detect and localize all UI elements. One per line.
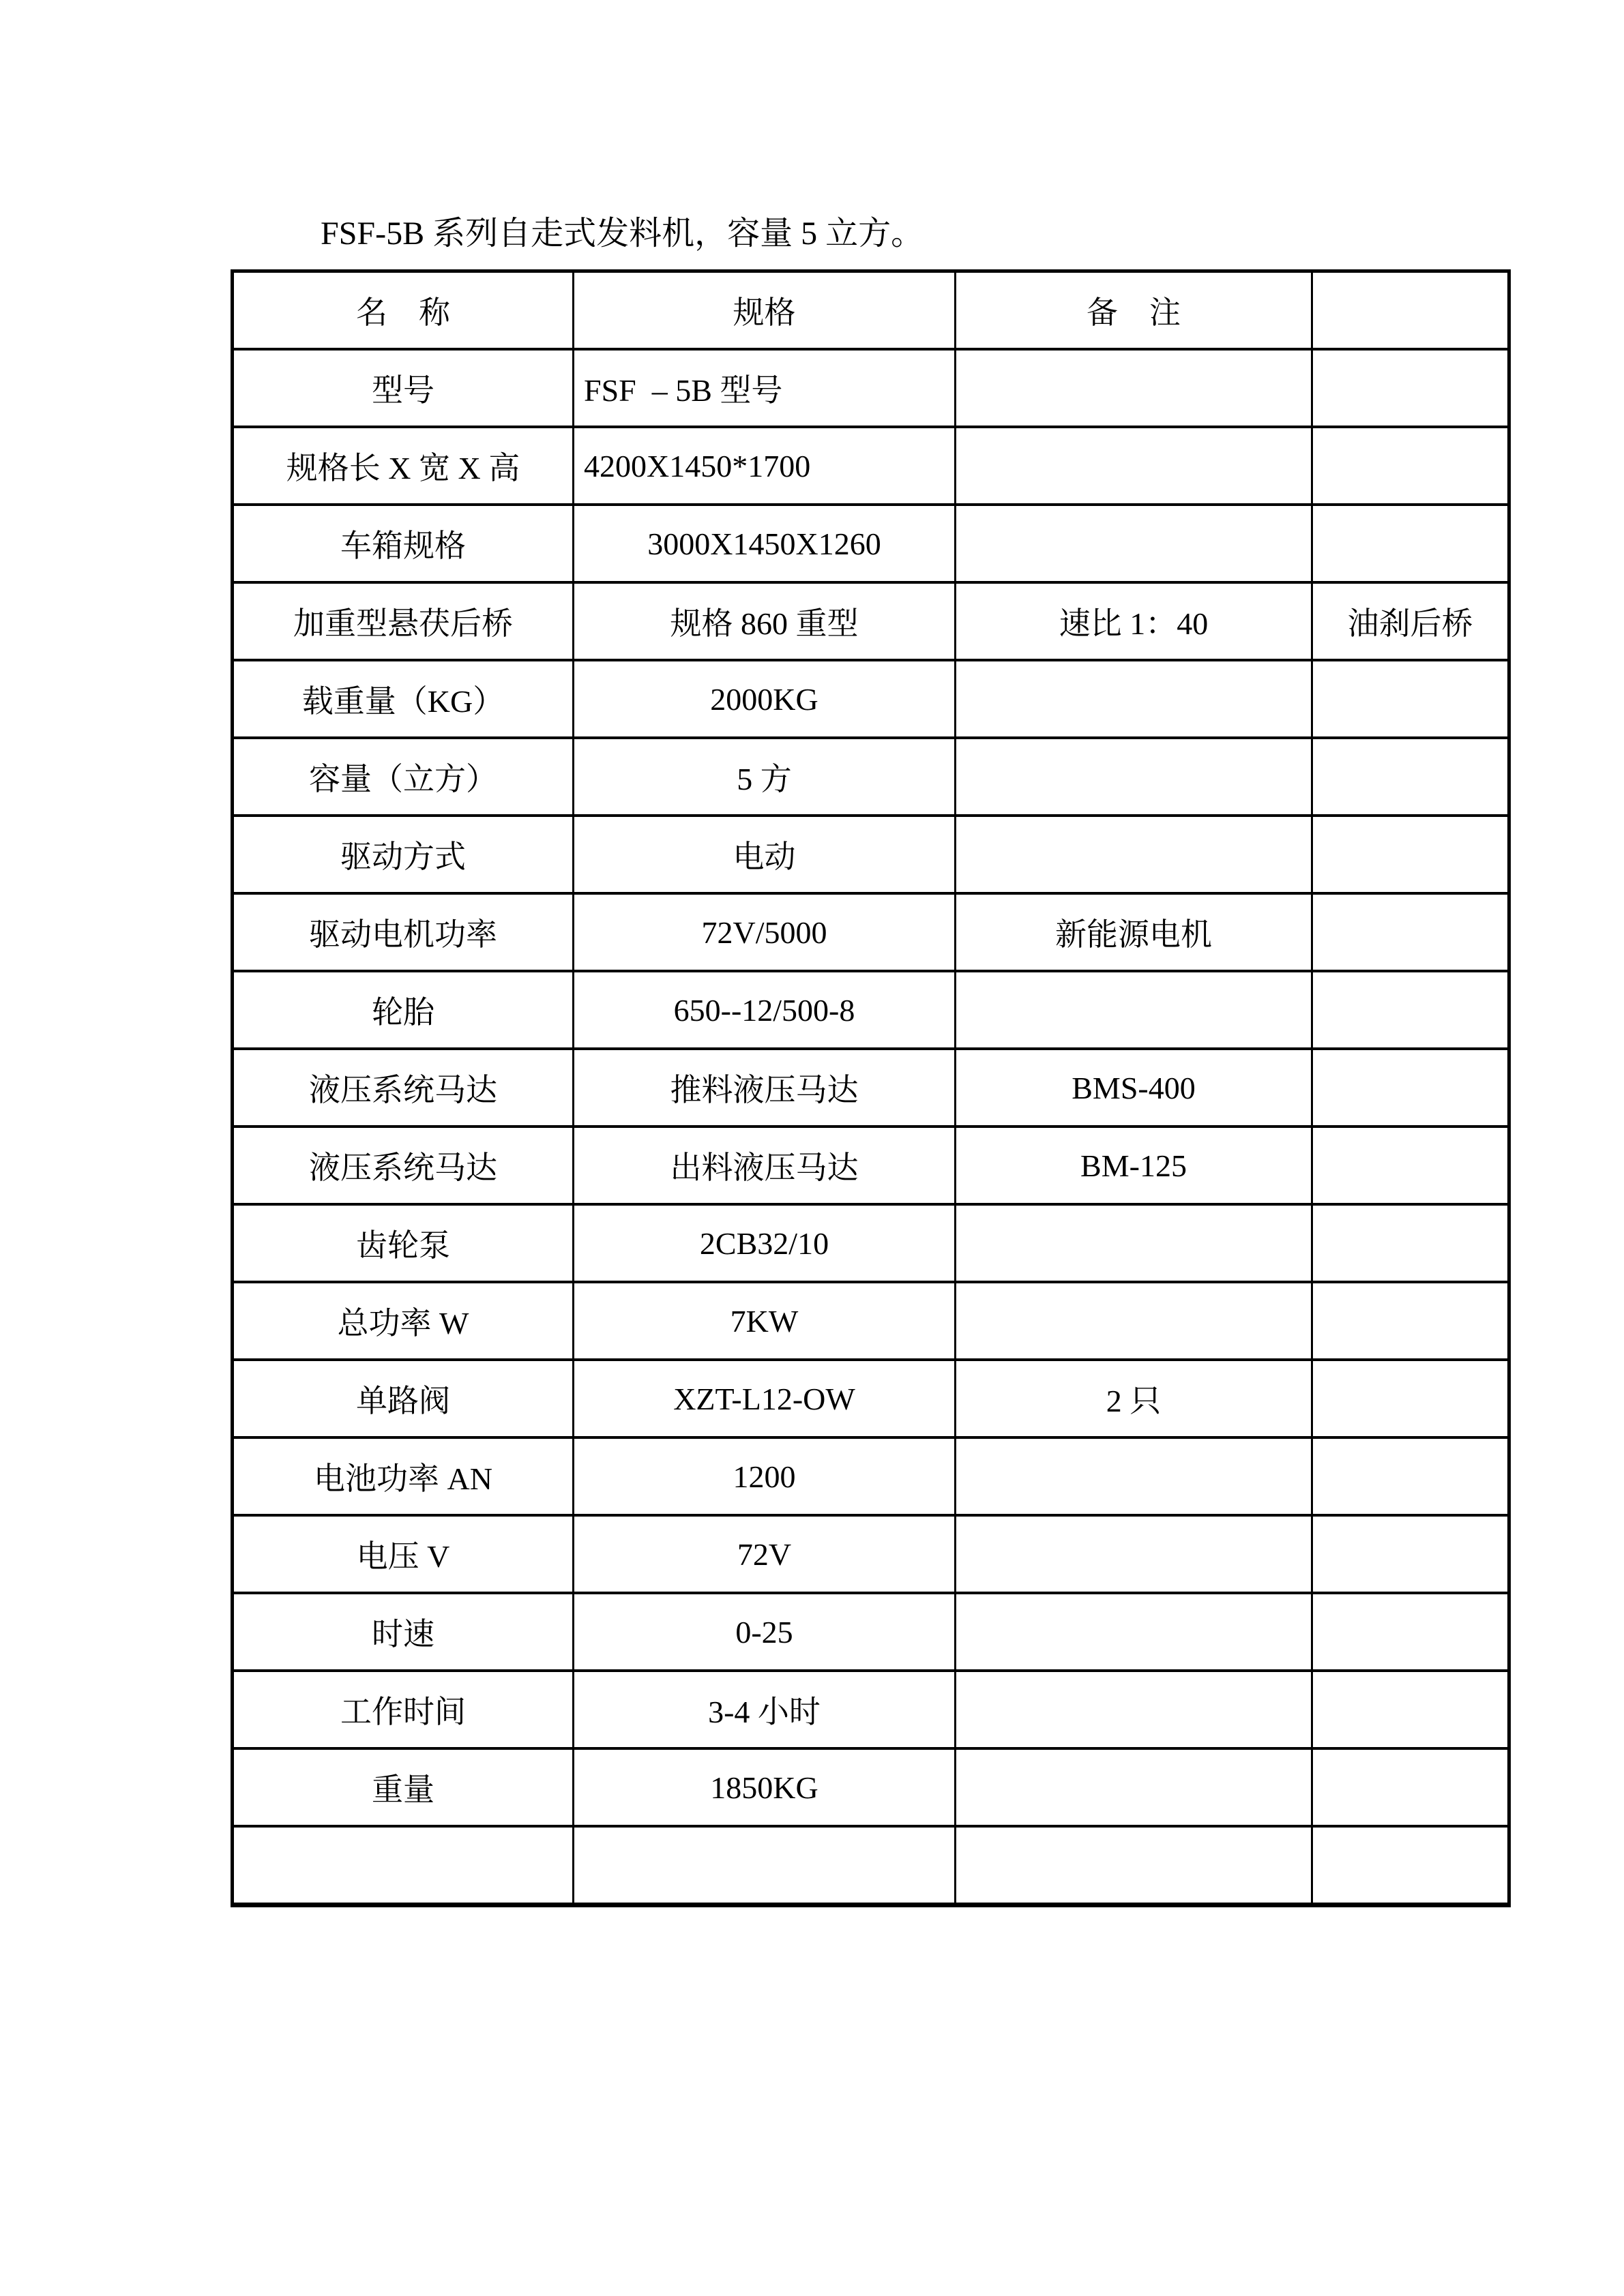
table-cell: [1312, 971, 1509, 1049]
table-cell: 单路阀: [233, 1360, 574, 1437]
table-cell: 时速: [233, 1593, 574, 1671]
table-cell: 车箱规格: [233, 505, 574, 582]
table-cell: [956, 660, 1312, 738]
table-cell: [956, 1437, 1312, 1515]
table-row: 载重量（KG）2000KG: [233, 660, 1509, 738]
table-cell: [233, 1826, 574, 1905]
table-row: 加重型悬茯后桥规格 860 重型速比 1：40油刹后桥: [233, 582, 1509, 660]
table-cell: 3-4 小时: [574, 1671, 956, 1748]
table-cell: XZT-L12-OW: [574, 1360, 956, 1437]
table-cell: 容量（立方）: [233, 738, 574, 816]
table-cell: 7KW: [574, 1282, 956, 1360]
table-cell: 72V: [574, 1515, 956, 1593]
table-row: 规格长 X 宽 X 高4200X1450*1700: [233, 427, 1509, 505]
table-cell: [1312, 893, 1509, 971]
table-cell: 推料液压马达: [574, 1049, 956, 1127]
table-row: 工作时间3-4 小时: [233, 1671, 1509, 1748]
header-cell-name: 名 称: [233, 271, 574, 350]
table-cell: 2 只: [956, 1360, 1312, 1437]
table-cell: [1312, 1049, 1509, 1127]
table-row: 车箱规格3000X1450X1260: [233, 505, 1509, 582]
table-cell: 驱动方式: [233, 816, 574, 893]
table-cell: [1312, 1437, 1509, 1515]
table-cell: [1312, 1204, 1509, 1282]
table-cell: [956, 1748, 1312, 1826]
table-cell: [956, 1282, 1312, 1360]
table-row: [233, 1826, 1509, 1905]
table-cell: 规格 860 重型: [574, 582, 956, 660]
spec-table-body: 型号FSF – 5B 型号规格长 X 宽 X 高4200X1450*1700车箱…: [233, 349, 1509, 1905]
table-cell: 新能源电机: [956, 893, 1312, 971]
table-header-row: 名 称 规格 备 注: [233, 271, 1509, 350]
table-cell: [1312, 1671, 1509, 1748]
table-row: 轮胎650--12/500-8: [233, 971, 1509, 1049]
table-cell: 电池功率 AN: [233, 1437, 574, 1515]
table-cell: [1312, 349, 1509, 427]
table-cell: 1850KG: [574, 1748, 956, 1826]
table-row: 型号FSF – 5B 型号: [233, 349, 1509, 427]
table-cell: [956, 1515, 1312, 1593]
table-row: 重量1850KG: [233, 1748, 1509, 1826]
table-row: 总功率 W7KW: [233, 1282, 1509, 1360]
table-cell: 液压系统马达: [233, 1127, 574, 1204]
table-cell: [956, 738, 1312, 816]
table-cell: [1312, 505, 1509, 582]
table-cell: 轮胎: [233, 971, 574, 1049]
table-cell: 齿轮泵: [233, 1204, 574, 1282]
table-cell: 2000KG: [574, 660, 956, 738]
table-cell: 4200X1450*1700: [574, 427, 956, 505]
table-cell: [1312, 816, 1509, 893]
table-cell: 工作时间: [233, 1671, 574, 1748]
table-cell: BMS-400: [956, 1049, 1312, 1127]
table-cell: [1312, 1282, 1509, 1360]
table-cell: 电动: [574, 816, 956, 893]
table-row: 单路阀XZT-L12-OW2 只: [233, 1360, 1509, 1437]
table-cell: [956, 349, 1312, 427]
table-cell: 型号: [233, 349, 574, 427]
table-cell: 重量: [233, 1748, 574, 1826]
spec-table: 名 称 规格 备 注 型号FSF – 5B 型号规格长 X 宽 X 高4200X…: [231, 269, 1511, 1907]
table-cell: [1312, 1593, 1509, 1671]
table-cell: 5 方: [574, 738, 956, 816]
table-cell: [1312, 1826, 1509, 1905]
table-cell: [1312, 1360, 1509, 1437]
table-cell: 72V/5000: [574, 893, 956, 971]
document-page: FSF-5B 系列自走式发料机，容量 5 立方。 名 称 规格 备 注 型号FS…: [0, 0, 1624, 2296]
table-row: 电压 V72V: [233, 1515, 1509, 1593]
table-row: 液压系统马达出料液压马达BM-125: [233, 1127, 1509, 1204]
table-row: 时速0-25: [233, 1593, 1509, 1671]
table-row: 驱动电机功率72V/5000新能源电机: [233, 893, 1509, 971]
table-cell: 速比 1：40: [956, 582, 1312, 660]
table-cell: 2CB32/10: [574, 1204, 956, 1282]
table-cell: [956, 971, 1312, 1049]
table-row: 齿轮泵2CB32/10: [233, 1204, 1509, 1282]
table-cell: 驱动电机功率: [233, 893, 574, 971]
table-cell: [1312, 660, 1509, 738]
table-row: 容量（立方）5 方: [233, 738, 1509, 816]
table-cell: [956, 1593, 1312, 1671]
table-cell: [956, 427, 1312, 505]
table-cell: [1312, 1748, 1509, 1826]
header-cell-remark: 备 注: [956, 271, 1312, 350]
table-cell: [956, 505, 1312, 582]
table-cell: [956, 1671, 1312, 1748]
table-cell: 出料液压马达: [574, 1127, 956, 1204]
table-cell: 液压系统马达: [233, 1049, 574, 1127]
table-row: 驱动方式电动: [233, 816, 1509, 893]
table-cell: 规格长 X 宽 X 高: [233, 427, 574, 505]
table-cell: [574, 1826, 956, 1905]
table-cell: [1312, 1515, 1509, 1593]
table-cell: BM-125: [956, 1127, 1312, 1204]
table-cell: FSF – 5B 型号: [574, 349, 956, 427]
table-cell: 加重型悬茯后桥: [233, 582, 574, 660]
table-row: 电池功率 AN1200: [233, 1437, 1509, 1515]
table-cell: 1200: [574, 1437, 956, 1515]
table-cell: [1312, 738, 1509, 816]
table-cell: 载重量（KG）: [233, 660, 574, 738]
table-cell: 0-25: [574, 1593, 956, 1671]
table-cell: 650--12/500-8: [574, 971, 956, 1049]
table-cell: [956, 1204, 1312, 1282]
table-cell: [956, 1826, 1312, 1905]
table-row: 液压系统马达推料液压马达BMS-400: [233, 1049, 1509, 1127]
header-cell-extra: [1312, 271, 1509, 350]
table-cell: 总功率 W: [233, 1282, 574, 1360]
table-cell: [956, 816, 1312, 893]
header-cell-spec: 规格: [574, 271, 956, 350]
table-cell: [1312, 1127, 1509, 1204]
table-cell: 电压 V: [233, 1515, 574, 1593]
document-title: FSF-5B 系列自走式发料机，容量 5 立方。: [321, 214, 924, 254]
table-cell: [1312, 427, 1509, 505]
table-cell: 油刹后桥: [1312, 582, 1509, 660]
table-cell: 3000X1450X1260: [574, 505, 956, 582]
